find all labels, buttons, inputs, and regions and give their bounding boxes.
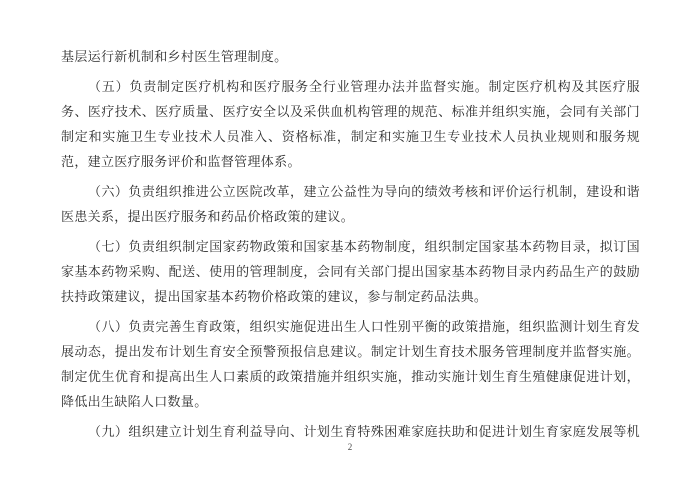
paragraph-item-9: （九）组织建立计划生育利益导向、计划生育特殊困难家庭扶助和促进计划生育家庭发展等… (61, 419, 640, 444)
page-number: 2 (0, 442, 700, 452)
paragraph-item-5: （五）负责制定医疗机构和医疗服务全行业管理办法并监督实施。制定医疗机构及其医疗服… (61, 74, 640, 174)
paragraph-item-6: （六）负责组织推进公立医院改革，建立公益性为导向的绩效考核和评价运行机制，建设和… (61, 179, 640, 229)
document-page: 基层运行新机制和乡村医生管理制度。 （五）负责制定医疗机构和医疗服务全行业管理办… (0, 0, 700, 493)
paragraph-continuation: 基层运行新机制和乡村医生管理制度。 (61, 44, 640, 69)
paragraph-item-8: （八）负责完善生育政策，组织实施促进出生人口性别平衡的政策措施，组织监测计划生育… (61, 314, 640, 414)
document-body: 基层运行新机制和乡村医生管理制度。 （五）负责制定医疗机构和医疗服务全行业管理办… (61, 44, 640, 444)
paragraph-item-7: （七）负责组织制定国家药物政策和国家基本药物制度，组织制定国家基本药物目录，拟订… (61, 234, 640, 309)
